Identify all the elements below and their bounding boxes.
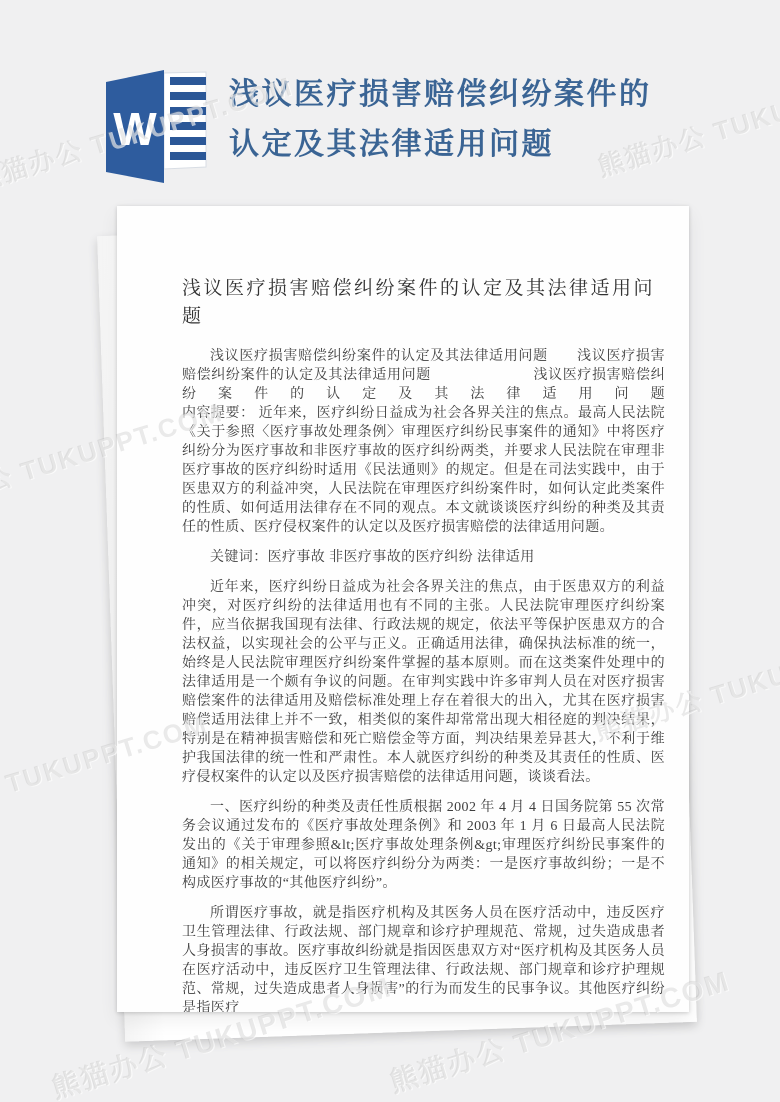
document-header-title: 浅议医疗损害赔偿纠纷案件的认定及其法律适用问题 xyxy=(229,70,681,170)
document-paragraph: 所谓医疗事故，就是指医疗机构及其医务人员在医疗活动中，违反医疗卫生管理法律、行政… xyxy=(182,904,665,1012)
document-paragraph: 一、医疗纠纷的种类及责任性质根据 2002 年 4 月 4 日国务院第 55 次… xyxy=(182,798,665,893)
document-paragraph: 浅议医疗损害赔偿纠纷案件的认定及其法律适用问题 浅议医疗损害赔偿纠纷案件的认定及… xyxy=(182,347,665,537)
document-page: 浅议医疗损害赔偿纠纷案件的认定及其法律适用问题 浅议医疗损害赔偿纠纷案件的认定及… xyxy=(117,206,689,1012)
header: W 浅议医疗损害赔偿纠纷案件的认定及其法律适用问题 xyxy=(0,0,780,200)
word-icon-letter: W xyxy=(113,103,157,155)
document-body: 浅议医疗损害赔偿纠纷案件的认定及其法律适用问题 浅议医疗损害赔偿纠纷案件的认定及… xyxy=(182,347,665,1012)
document-title: 浅议医疗损害赔偿纠纷案件的认定及其法律适用问题 xyxy=(182,275,665,331)
word-file-icon: W xyxy=(106,70,208,188)
document-preview: W 浅议医疗损害赔偿纠纷案件的认定及其法律适用问题 浅议医疗损害赔偿纠纷案件的认… xyxy=(0,0,780,1102)
document-paragraph-keywords: 关键词：医疗事故 非医疗事故的医疗纠纷 法律适用 xyxy=(182,548,665,567)
word-icon-graphic: W xyxy=(106,70,208,188)
document-paragraph: 近年来，医疗纠纷日益成为社会各界关注的焦点，由于医患双方的利益冲突，对医疗纠纷的… xyxy=(182,578,665,787)
